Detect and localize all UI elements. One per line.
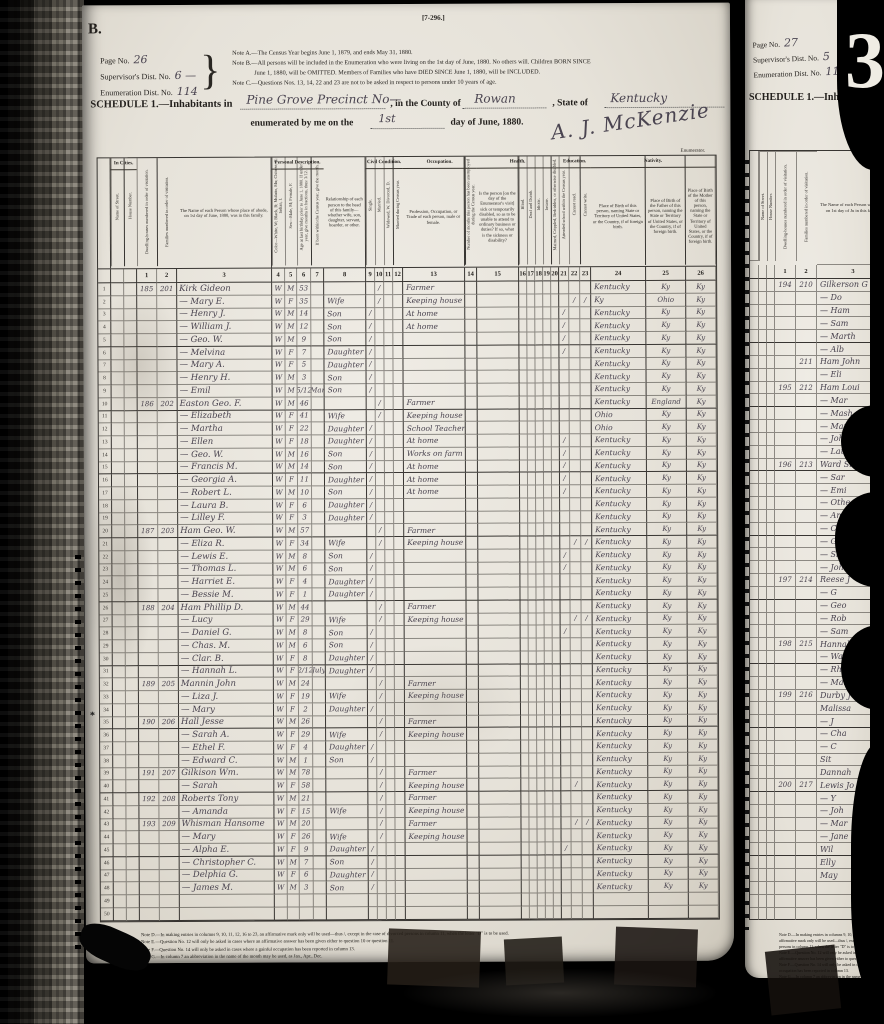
cell-sick — [478, 588, 520, 601]
cell-right-rst — [759, 446, 767, 459]
cell-cm — [376, 422, 385, 435]
cell-cmd — [394, 397, 404, 410]
cell-right-rln — [750, 869, 759, 882]
cell-rd — [570, 587, 581, 600]
cell-cmd — [395, 639, 405, 652]
cell-rel: Daughter — [325, 473, 367, 486]
cell-wr: / — [580, 294, 591, 307]
cell-sick — [478, 384, 520, 397]
cell-sch — [561, 715, 571, 728]
cell-right-rho — [767, 908, 775, 921]
cell-s: M — [286, 525, 298, 538]
cell-mai — [552, 524, 560, 537]
cell-a: 26 — [299, 716, 313, 729]
cell-ln: 38 — [100, 755, 113, 768]
cell-sch — [561, 664, 571, 677]
cell-b — [520, 473, 528, 486]
cell-id — [537, 728, 545, 741]
cell-fb: Ky — [646, 332, 686, 345]
cell-rd — [569, 358, 580, 371]
cell-mai — [552, 562, 560, 575]
cell-right-dw — [775, 869, 796, 882]
cell-right-dw — [775, 805, 796, 818]
cell-fa — [158, 513, 178, 526]
column-header-cm: Married. — [375, 157, 384, 265]
cell-cmd — [394, 486, 404, 499]
cell-occ: Farmer — [405, 792, 467, 805]
cell-ln: 4 — [98, 322, 111, 335]
cell-wr — [581, 383, 592, 396]
cell-cs: / — [368, 626, 377, 639]
cell-rel: Wife — [325, 537, 367, 550]
cell-ln: 49 — [101, 895, 114, 908]
cell-fa — [159, 627, 179, 640]
census-row-right: — G — [750, 587, 884, 600]
cell-cw — [384, 346, 393, 359]
cell-cmd — [395, 779, 405, 792]
cell-pob: Kentucky — [592, 498, 647, 511]
cell-st — [114, 908, 127, 921]
cell-a: 1 — [298, 588, 312, 601]
cell-rel — [326, 716, 368, 729]
cell-mai — [553, 638, 561, 651]
cell-mb: Ky — [687, 536, 717, 549]
cell-fb: Ky — [648, 804, 688, 817]
cell-st — [113, 806, 126, 819]
cell-cm: / — [377, 767, 386, 780]
cell-un — [465, 345, 477, 358]
cell-cs: / — [367, 512, 376, 525]
cell-cw — [387, 830, 396, 843]
cell-right-fa — [796, 754, 817, 767]
cell-rd — [571, 791, 582, 804]
note-c: Note C.—Questions Nos. 13, 14, 22 and 23… — [232, 76, 702, 88]
cell-a: 16 — [298, 448, 312, 461]
cell-c: W — [273, 410, 286, 423]
cell-pob: Kentucky — [593, 676, 648, 689]
cell-mai — [552, 409, 560, 422]
column-header-cw: Widowed, W. Divorced, D. — [384, 157, 393, 265]
cell-dw: 189 — [139, 678, 159, 691]
cell-pob: Kentucky — [592, 536, 647, 549]
cell-mb: Ky — [688, 689, 718, 702]
cell-ins — [545, 753, 553, 766]
cell-fb: Ky — [647, 587, 687, 600]
cell-a: 44 — [299, 601, 313, 614]
cell-name: — Martha — [178, 423, 273, 436]
cell-sick — [479, 766, 521, 779]
cell-ho — [125, 449, 138, 462]
cell-ln: 9 — [99, 385, 112, 398]
cell-occ: Keeping house — [405, 779, 467, 792]
cell-un — [465, 294, 477, 307]
cell-id — [536, 536, 544, 549]
cell-mai — [551, 307, 559, 320]
cell-name: — Hannah L. — [179, 665, 274, 678]
cell-a: 1 — [299, 754, 313, 767]
cell-pob: Kentucky — [594, 829, 649, 842]
cell-wr — [583, 842, 594, 855]
census-row-right: — Sam — [750, 317, 884, 330]
cell-mb: Ky — [687, 523, 717, 536]
right-header-street: Name of Street. — [759, 151, 767, 261]
cell-a: 18 — [298, 435, 312, 448]
cell-sick — [478, 473, 520, 486]
cell-occ: At home — [403, 320, 465, 333]
cell-ho — [125, 436, 138, 449]
cell-pob: Kentucky — [593, 638, 648, 651]
cell-right-rln — [750, 369, 759, 382]
cell-d — [530, 855, 538, 868]
cell-un — [466, 511, 478, 524]
cell-sch: / — [560, 549, 570, 562]
cell-un — [466, 575, 478, 588]
cell-cs — [366, 295, 375, 308]
cell-cs — [367, 537, 376, 550]
cell-dw — [140, 831, 160, 844]
cell-cmd — [394, 422, 404, 435]
cell-right-rho — [767, 625, 775, 638]
cell-ho — [125, 551, 138, 564]
cell-ins — [544, 536, 552, 549]
cell-b — [520, 549, 528, 562]
cell-id — [536, 549, 544, 562]
cell-s: F — [286, 576, 298, 589]
cell-ins — [544, 473, 552, 486]
census-page-right-partial: Page No.27 Supervisor's Dist. No.5 Enume… — [745, 0, 884, 978]
column-number-20: 20 — [551, 267, 559, 281]
cell-cm: / — [377, 805, 386, 818]
cell-right-dw — [775, 908, 796, 921]
film-frame-number: 3 — [845, 16, 884, 107]
cell-occ: Keeping house — [404, 409, 466, 422]
cell-right-dw — [775, 305, 796, 318]
cell-cmd — [395, 792, 405, 805]
cell-d — [529, 613, 537, 626]
cell-b — [521, 664, 529, 677]
cell-cmd — [395, 626, 405, 639]
cell-b — [522, 881, 530, 894]
cell-d — [527, 294, 535, 307]
column-number-22: 22 — [569, 267, 580, 281]
cell-ln: 31 — [100, 666, 113, 679]
cell-right-rln — [750, 446, 759, 459]
cell-un — [467, 664, 479, 677]
cell-cm — [376, 371, 385, 384]
cell-a: 24 — [299, 678, 313, 691]
cell-right-rst — [759, 369, 767, 382]
cell-mo — [311, 346, 324, 359]
cell-a: 2/12 — [299, 665, 313, 678]
cell-ln: 17 — [99, 487, 112, 500]
census-row-right: — Rob — [750, 613, 884, 626]
cell-right-rho — [767, 690, 775, 703]
cell-s: F — [287, 780, 299, 793]
cell-fb: Ky — [649, 829, 689, 842]
cell-a: 6 — [299, 639, 313, 652]
cell-ln: 36 — [100, 730, 113, 743]
column-header-st: Name of Street. — [111, 158, 124, 266]
cell-occ: Works on farm — [404, 447, 466, 460]
cell-pob: Kentucky — [593, 804, 648, 817]
cell-cm: / — [376, 537, 385, 550]
cell-rd — [571, 651, 582, 664]
cell-s: M — [285, 333, 297, 346]
cell-dw: 186 — [138, 398, 158, 411]
cell-fb: Ky — [648, 778, 688, 791]
cell-sick — [480, 830, 522, 843]
cell-cw — [385, 473, 394, 486]
cell-name: — Sarah A. — [179, 729, 274, 742]
cell-st — [112, 398, 125, 411]
cell-fb: Ky — [648, 676, 688, 689]
cell-mo — [311, 282, 324, 295]
cell-ins — [544, 383, 552, 396]
cell-cmd — [395, 652, 405, 665]
cell-ho — [126, 780, 139, 793]
cell-fb: Ky — [647, 472, 687, 485]
cell-cm: / — [377, 690, 386, 703]
cell-rd — [572, 880, 583, 893]
cell-ho — [125, 423, 138, 436]
cell-rd — [570, 396, 581, 409]
cell-right-rst — [759, 754, 767, 767]
cell-rd — [570, 549, 581, 562]
cell-b — [522, 906, 530, 919]
cell-dw — [138, 385, 158, 398]
cell-rd: / — [571, 817, 582, 830]
cell-cmd — [394, 461, 404, 474]
census-row-right: 211Ham John — [750, 356, 884, 369]
cell-ins — [546, 855, 554, 868]
cell-id — [536, 383, 544, 396]
cell-right-rho — [767, 818, 775, 831]
cell-ins — [545, 728, 553, 741]
cell-fa: 203 — [158, 525, 178, 538]
cell-cm: / — [377, 818, 386, 831]
cell-sick — [478, 575, 520, 588]
cell-right-fa — [796, 651, 817, 664]
cell-un — [468, 894, 480, 907]
column-header-un: Number of months this person has been un… — [465, 157, 477, 265]
cell-right-fa — [796, 484, 817, 497]
cell-s: F — [287, 805, 299, 818]
cell-mb: Ky — [688, 791, 718, 804]
column-number-6: 6 — [297, 268, 311, 282]
cell-sch — [559, 294, 569, 307]
cell-sick — [480, 843, 522, 856]
cell-pob: Kentucky — [592, 574, 647, 587]
cell-occ: At home — [404, 486, 466, 499]
cell-mai — [552, 511, 560, 524]
cell-right-rst — [759, 587, 767, 600]
cell-id — [538, 893, 546, 906]
cell-ho — [126, 717, 139, 730]
cell-mai — [552, 434, 560, 447]
cell-fb: Ky — [646, 345, 686, 358]
cell-cw — [385, 371, 394, 384]
form-code: [7-296.] — [422, 14, 445, 22]
cell-right-dw — [775, 510, 796, 523]
cell-sick — [478, 511, 520, 524]
group-header: Civil Condition. — [366, 157, 403, 169]
cell-fb: Ky — [646, 306, 686, 319]
cell-occ — [406, 855, 468, 868]
cell-right-rst — [759, 869, 767, 882]
cell-fa — [158, 576, 178, 589]
census-page-left: B. [7-296.] Page No.26 Supervisor's Dist… — [82, 3, 734, 964]
cell-s: M — [287, 754, 299, 767]
cell-dw — [138, 589, 158, 602]
cell-b — [520, 371, 528, 384]
cell-fa — [157, 360, 177, 373]
cell-rd: / — [569, 294, 580, 307]
cell-cw — [386, 805, 395, 818]
cell-name: — Mary — [179, 703, 274, 716]
cell-s: M — [287, 792, 299, 805]
cell-fb: Ky — [648, 791, 688, 804]
cell-rel: Son — [325, 384, 367, 397]
cell-cs: / — [367, 550, 376, 563]
cell-cm: / — [375, 295, 384, 308]
cell-ho — [126, 793, 139, 806]
cell-ho — [125, 500, 138, 513]
cell-right-rst — [759, 895, 767, 908]
cell-wr: / — [582, 613, 593, 626]
cell-pob — [594, 906, 649, 919]
cell-ln: 16 — [99, 475, 112, 488]
cell-d — [529, 753, 537, 766]
cell-right-fa — [796, 818, 817, 831]
cell-fa — [160, 869, 180, 882]
cell-right-rho — [767, 715, 775, 728]
cell-sick — [479, 715, 521, 728]
cell-right-rho — [767, 741, 775, 754]
cell-cw — [385, 486, 394, 499]
cell-mai — [553, 804, 561, 817]
cell-mb: Ky — [687, 395, 717, 408]
cell-st — [114, 831, 127, 844]
cell-un — [467, 715, 479, 728]
cell-un — [466, 537, 478, 550]
cell-id — [536, 575, 544, 588]
cell-s: F — [287, 703, 299, 716]
cell-wr — [581, 511, 592, 524]
cell-fb: Ohio — [646, 294, 686, 307]
cell-rel: Wife — [324, 295, 366, 308]
cell-right-rln — [750, 523, 759, 536]
cell-fb: Ky — [647, 408, 687, 421]
cell-ln: 39 — [100, 768, 113, 781]
cell-occ — [405, 753, 467, 766]
cell-s: M — [287, 818, 299, 831]
cell-right-rho — [767, 497, 775, 510]
cell-cmd — [396, 830, 406, 843]
cell-wr — [581, 421, 592, 434]
cell-b — [520, 422, 528, 435]
cell-s: M — [285, 308, 297, 321]
cell-fb: Ky — [647, 485, 687, 498]
cell-wr — [581, 396, 592, 409]
cell-c: W — [273, 525, 286, 538]
cell-right-rst — [759, 510, 767, 523]
cell-ho — [125, 487, 138, 500]
cell-rd — [570, 383, 581, 396]
cell-right-dw — [775, 651, 796, 664]
cell-right-fa — [796, 792, 817, 805]
column-number-blank — [98, 269, 111, 283]
cell-rel: Son — [327, 856, 369, 869]
cell-cs: / — [368, 639, 377, 652]
cell-fb: Ky — [647, 549, 687, 562]
cell-cm — [377, 741, 386, 754]
cell-fa — [158, 385, 178, 398]
cell-mb: Ky — [688, 803, 718, 816]
cell-b — [521, 677, 529, 690]
cell-s: F — [287, 652, 299, 665]
cell-id — [536, 587, 544, 600]
cell-rd — [571, 753, 582, 766]
cell-a: 8 — [299, 627, 313, 640]
cell-ins — [545, 779, 553, 792]
cell-mb: Ky — [688, 752, 718, 765]
cell-d — [528, 371, 536, 384]
cell-cm — [376, 384, 385, 397]
census-row-right: — Ham — [750, 305, 884, 318]
cell-a: 3 — [298, 512, 312, 525]
cell-rel: Son — [325, 486, 367, 499]
cell-id — [536, 524, 544, 537]
cell-sick — [477, 320, 519, 333]
cell-fb: Ky — [648, 727, 688, 740]
cell-right-rho — [767, 882, 775, 895]
cell-ins — [544, 575, 552, 588]
cell-mai — [552, 473, 560, 486]
census-row-right: — Alb — [750, 343, 884, 356]
cell-right-rho — [767, 548, 775, 561]
cell-rel: Son — [325, 461, 367, 474]
cell-dw — [139, 615, 159, 628]
column-number-blank — [124, 269, 137, 283]
cell-sch — [561, 766, 571, 779]
cell-ho — [126, 755, 139, 768]
cell-rel: Daughter — [325, 422, 367, 435]
cell-s: M — [286, 384, 298, 397]
cell-right-rst — [759, 882, 767, 895]
cell-pob: Kentucky — [592, 447, 647, 460]
cell-sch — [560, 536, 570, 549]
cell-ln: 50 — [101, 908, 114, 921]
cell-right-fa: 210 — [796, 279, 817, 292]
cell-s: F — [287, 729, 299, 742]
cell-right-rho — [767, 779, 775, 792]
cell-sch — [561, 740, 571, 753]
cell-st — [113, 780, 126, 793]
cell-ins — [545, 613, 553, 626]
cell-right-fa — [796, 831, 817, 844]
page-letter: B. — [88, 21, 102, 38]
cell-b — [521, 791, 529, 804]
cell-dw — [138, 474, 158, 487]
cell-wr — [582, 600, 593, 613]
cell-c: W — [274, 729, 287, 742]
cell-sch — [560, 511, 570, 524]
cell-right-rho — [767, 766, 775, 779]
cell-pob: Kentucky — [594, 880, 649, 893]
cell-pob: Kentucky — [591, 306, 646, 319]
cell-cw — [385, 499, 394, 512]
cell-d — [528, 460, 536, 473]
